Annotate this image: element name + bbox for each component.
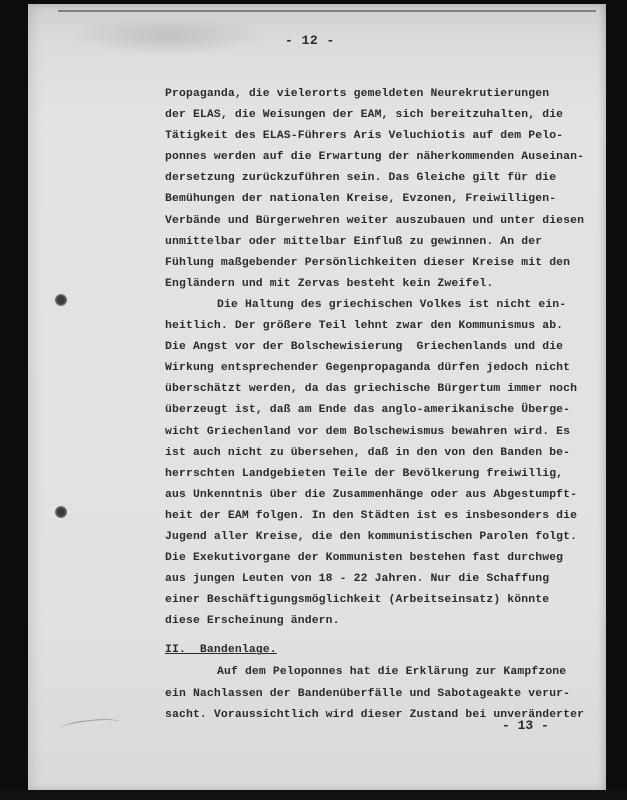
text-line: überschätzt werden, da das griechische B… [165,379,595,400]
text-line: wicht Griechenland vor dem Bolschewismus… [165,422,595,443]
text-line: Die Angst vor der Bolschewisierung Griec… [165,337,595,358]
section-heading: II. Bandenlage. [165,640,595,662]
page-number-bottom: - 13 - [502,718,549,733]
text-line: überzeugt ist, daß am Ende das anglo-ame… [165,400,595,421]
typed-text-body: Propaganda, die vielerorts gemeldeten Ne… [165,84,595,726]
text-line: der ELAS, die Weisungen der EAM, sich be… [165,105,595,126]
text-line: aus jungen Leuten von 18 - 22 Jahren. Nu… [165,569,595,590]
text-line: Propaganda, die vielerorts gemeldeten Ne… [165,84,595,105]
text-line: Jugend aller Kreise, die den kommunistis… [165,527,595,548]
text-line: unmittelbar oder mittelbar Einfluß zu ge… [165,232,595,253]
paragraph-1: Propaganda, die vielerorts gemeldeten Ne… [165,84,595,295]
text-line: ist auch nicht zu übersehen, daß in den … [165,443,595,464]
text-line: Auf dem Peloponnes hat die Erklärung zur… [165,662,595,683]
text-line: einer Beschäftigungsmöglichkeit (Arbeits… [165,590,595,611]
scan-border-bottom [0,790,627,800]
text-line: Fühlung maßgebender Persönlichkeiten die… [165,253,595,274]
text-line: Verbände und Bürgerwehren weiter auszuba… [165,211,595,232]
text-line: aus Unkenntnis über die Zusammenhänge od… [165,485,595,506]
text-line: diese Erscheinung ändern. [165,611,595,632]
punch-hole-bottom [55,506,67,518]
text-line: Die Haltung des griechischen Volkes ist … [165,295,595,316]
text-line: dersetzung zurückzuführen sein. Das Glei… [165,168,595,189]
text-line: heitlich. Der größere Teil lehnt zwar de… [165,316,595,337]
punch-hole-top [55,294,67,306]
text-line: Bemühungen der nationalen Kreise, Evzone… [165,189,595,210]
scan-shadow [68,16,268,56]
text-line: Wirkung entsprechender Gegenpropaganda d… [165,358,595,379]
text-line: herrschten Landgebieten Teile der Bevölk… [165,464,595,485]
text-line: heit der EAM folgen. In den Städten ist … [165,506,595,527]
text-line: ponnes werden auf die Erwartung der nähe… [165,147,595,168]
text-line: Die Exekutivorgane der Kommunisten beste… [165,548,595,569]
text-line: Engländern und mit Zervas besteht kein Z… [165,274,595,295]
paragraph-2: Die Haltung des griechischen Volkes ist … [165,295,595,633]
paragraph-3: Auf dem Peloponnes hat die Erklärung zur… [165,662,595,725]
text-line: ein Nachlassen der Bandenüberfälle und S… [165,684,595,705]
text-line: Tätigkeit des ELAS-Führers Aris Veluchio… [165,126,595,147]
page-number-top: - 12 - [285,33,335,48]
